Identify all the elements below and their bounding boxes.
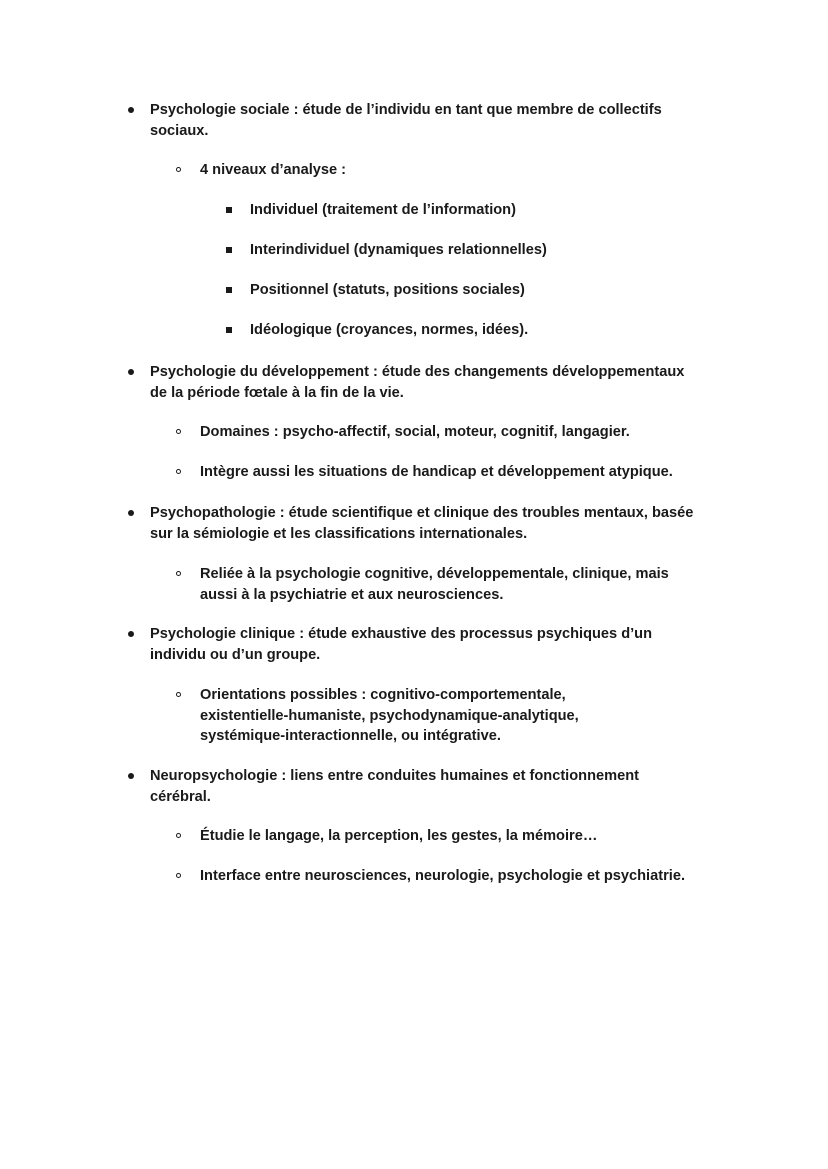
list-item-text: Positionnel (statuts, positions sociales… xyxy=(250,280,525,300)
list-item-text: Psychologie sociale : étude de l’individ… xyxy=(150,100,662,120)
list-item-text: systémique-interactionnelle, ou intégrat… xyxy=(200,726,501,746)
bullet-circle-icon xyxy=(176,167,181,172)
bullet-square-icon xyxy=(226,247,232,253)
bullet-disc-icon xyxy=(128,107,134,113)
list-item-text: Interface entre neurosciences, neurologi… xyxy=(200,866,685,886)
list-item-text: Domaines : psycho-affectif, social, mote… xyxy=(200,422,630,442)
bullet-disc-icon xyxy=(128,510,134,516)
bullet-disc-icon xyxy=(128,773,134,779)
bullet-disc-icon xyxy=(128,631,134,637)
list-item-text: cérébral. xyxy=(150,787,211,807)
list-item-text: Idéologique (croyances, normes, idées). xyxy=(250,320,528,340)
list-item-text: individu ou d’un groupe. xyxy=(150,645,320,665)
list-item-text: sur la sémiologie et les classifications… xyxy=(150,524,527,544)
list-item-text: Reliée à la psychologie cognitive, dével… xyxy=(200,564,669,584)
list-item-text: sociaux. xyxy=(150,121,208,141)
bullet-circle-icon xyxy=(176,571,181,576)
bullet-square-icon xyxy=(226,207,232,213)
list-item-text: aussi à la psychiatrie et aux neuroscien… xyxy=(200,585,503,605)
list-item-text: Psychopathologie : étude scientifique et… xyxy=(150,503,693,523)
list-item-text: de la période fœtale à la fin de la vie. xyxy=(150,383,404,403)
list-item-text: Intègre aussi les situations de handicap… xyxy=(200,462,673,482)
bullet-circle-icon xyxy=(176,833,181,838)
list-item-text: Psychologie du développement : étude des… xyxy=(150,362,684,382)
bullet-circle-icon xyxy=(176,469,181,474)
bullet-circle-icon xyxy=(176,429,181,434)
bullet-square-icon xyxy=(226,327,232,333)
list-item-text: Individuel (traitement de l’information) xyxy=(250,200,516,220)
list-item-text: Étudie le langage, la perception, les ge… xyxy=(200,826,597,846)
bullet-square-icon xyxy=(226,287,232,293)
bullet-circle-icon xyxy=(176,692,181,697)
list-item-text: Psychologie clinique : étude exhaustive … xyxy=(150,624,652,644)
bullet-disc-icon xyxy=(128,369,134,375)
list-item-text: Orientations possibles : cognitivo-compo… xyxy=(200,685,566,705)
list-item-text: Neuropsychologie : liens entre conduites… xyxy=(150,766,639,786)
list-item-text: 4 niveaux d’analyse : xyxy=(200,160,346,180)
list-item-text: existentielle-humaniste, psychodynamique… xyxy=(200,706,579,726)
list-item-text: Interindividuel (dynamiques relationnell… xyxy=(250,240,547,260)
bullet-circle-icon xyxy=(176,873,181,878)
